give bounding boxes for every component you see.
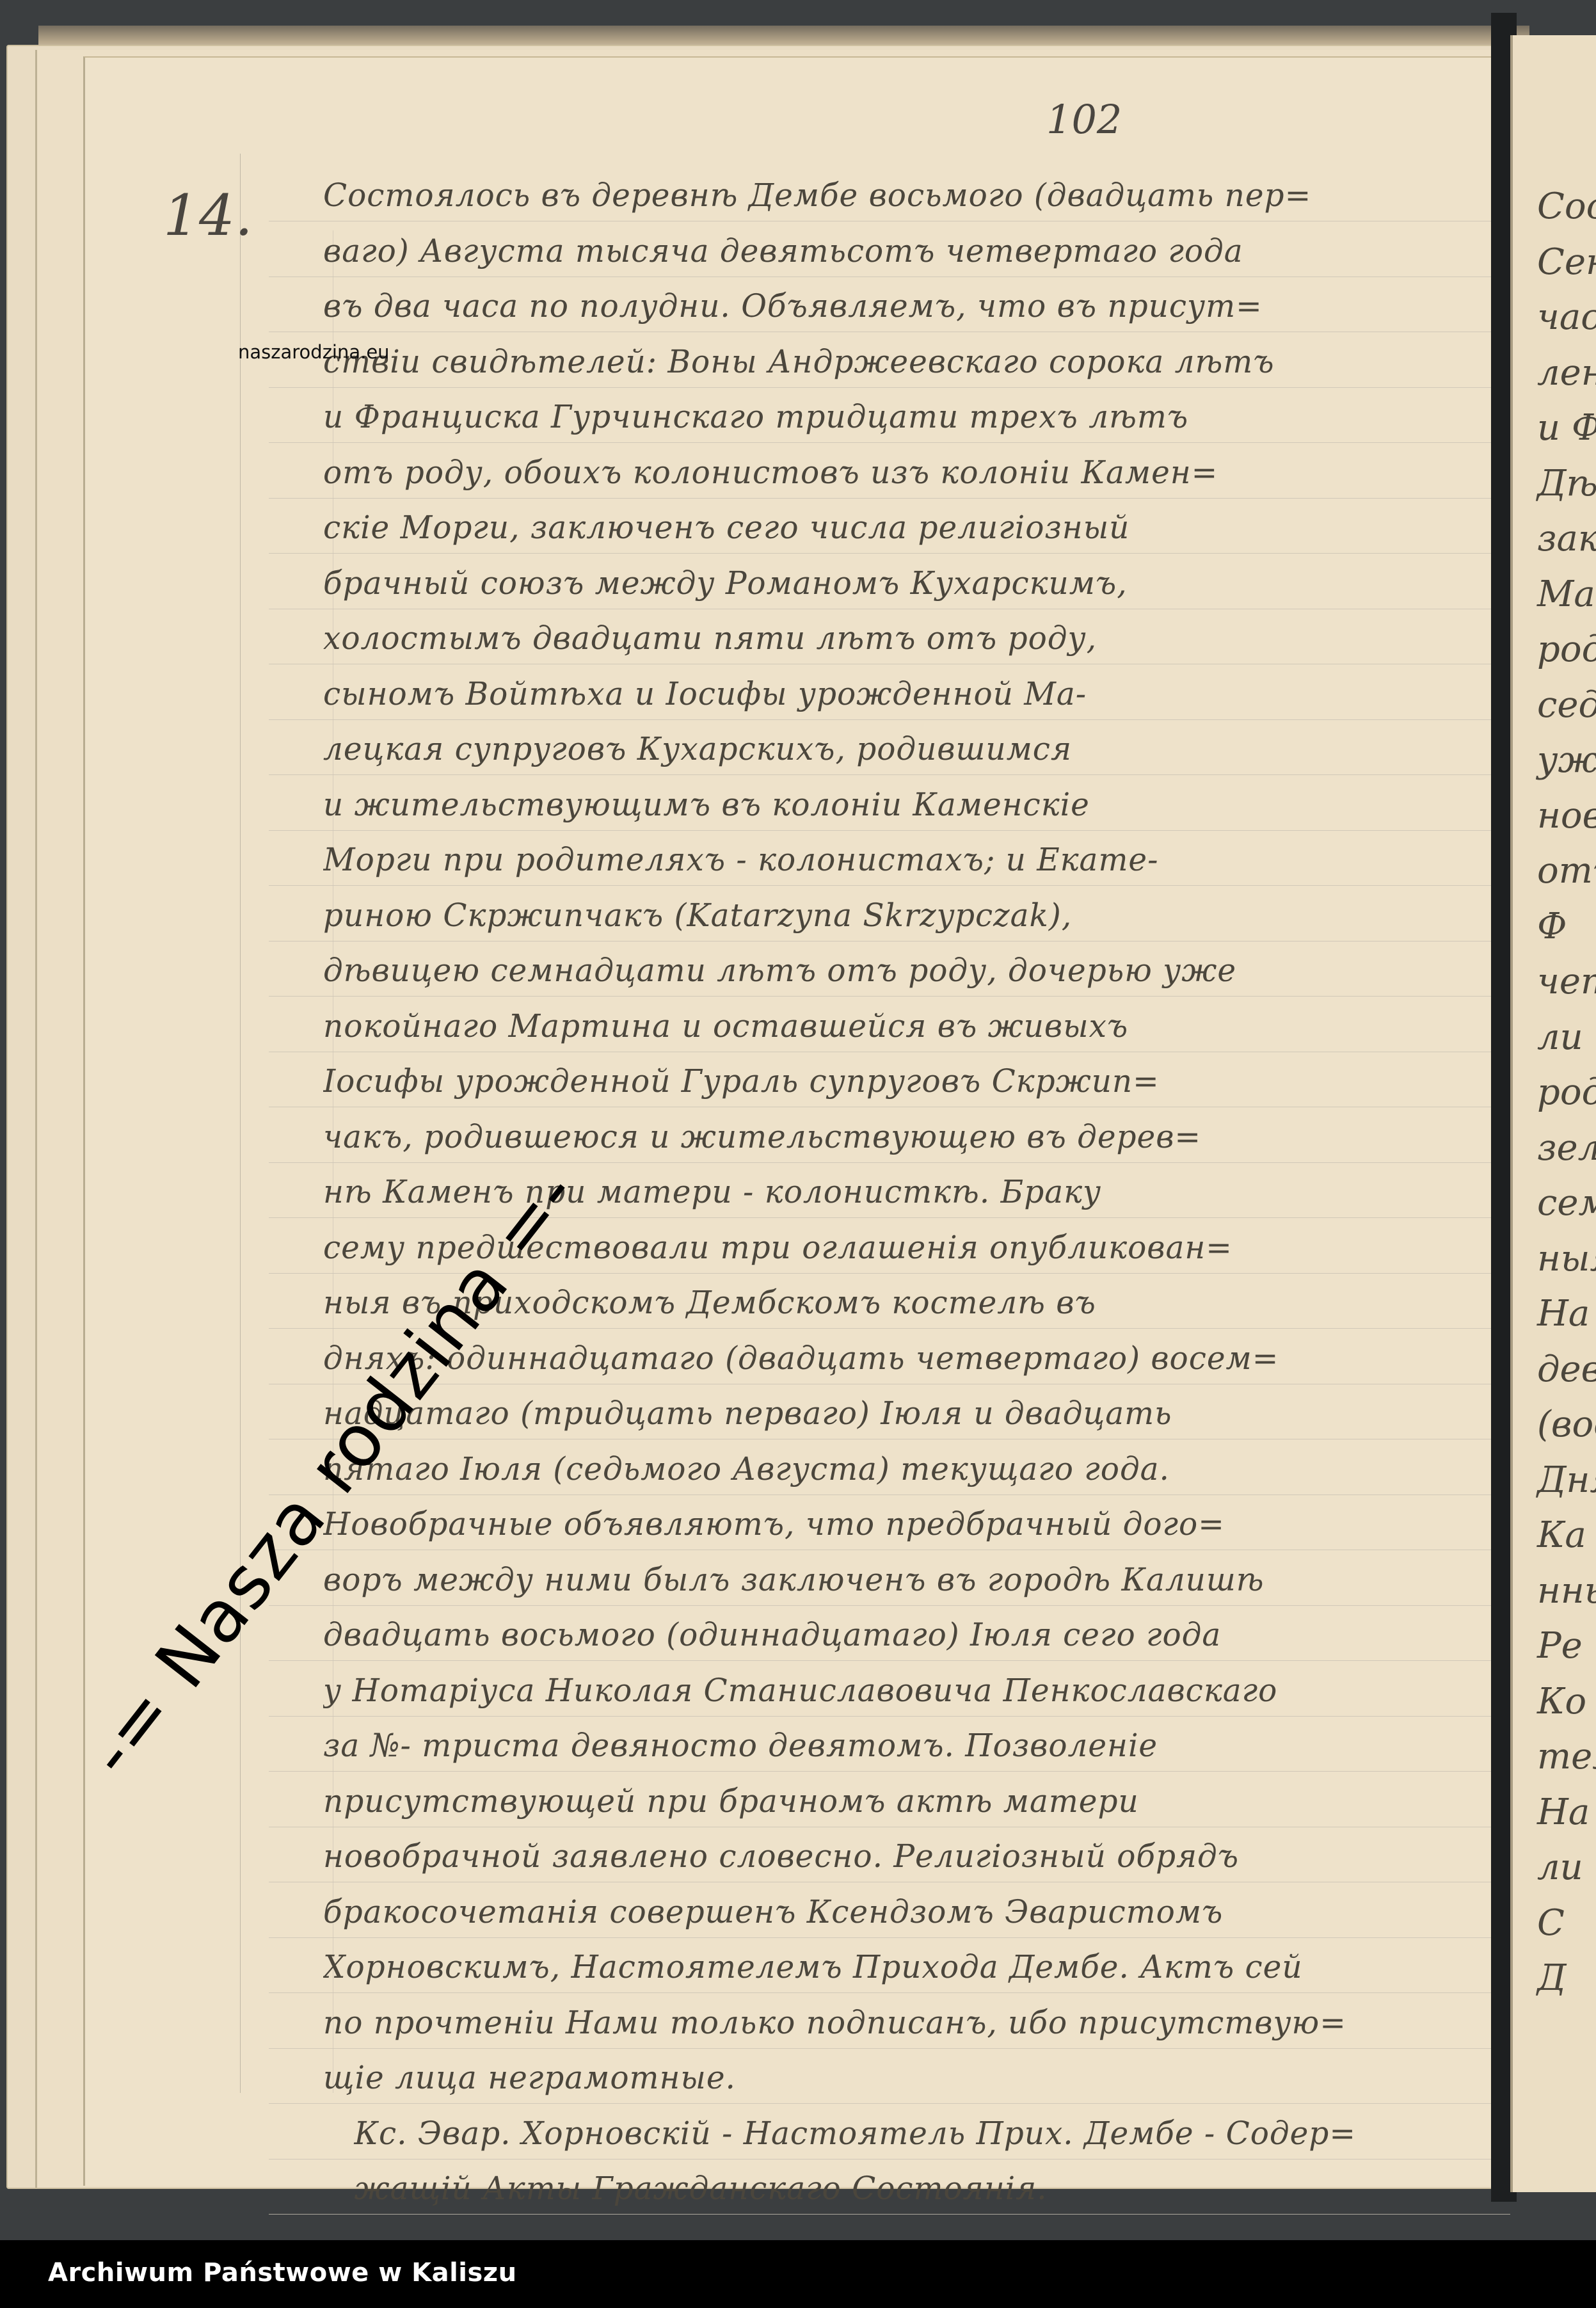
- handwritten-line: Морги при родителяхъ - колонистахъ; и Ек…: [323, 832, 1478, 888]
- next-page-line: и Ф: [1513, 401, 1596, 456]
- handwritten-line: риною Скржипчакъ (Katarzyna Skrzypczak),: [323, 888, 1478, 943]
- next-page-line: Ко: [1513, 1674, 1596, 1730]
- archive-footer-bar: Archiwum Państwowe w Kaliszu: [0, 2240, 1596, 2308]
- handwritten-line: жащій Акты Гражданскаго Состоянія.: [323, 2161, 1478, 2216]
- handwritten-line: скіе Морги, заключенъ сего числа религіо…: [323, 500, 1478, 556]
- next-page-line: ныя: [1513, 1231, 1596, 1287]
- page-number: 102: [1046, 96, 1122, 143]
- entry-number: 14.: [163, 182, 253, 248]
- next-page-fragment: СосСенчаслени ФДѣлзакМародседуженовотъФч…: [1510, 35, 1596, 2192]
- next-page-line: Сос: [1513, 179, 1596, 235]
- handwritten-line: Новобрачные объявляютъ, что предбрачный …: [323, 1496, 1478, 1552]
- next-page-line: чет: [1513, 954, 1596, 1010]
- next-page-line: лен: [1513, 346, 1596, 401]
- next-page-line: На: [1513, 1785, 1596, 1841]
- handwritten-line: надцатаго (тридцать перваго) Іюля и двад…: [323, 1386, 1478, 1441]
- handwritten-line: Состоялось въ деревнѣ Дембе восьмого (дв…: [323, 168, 1478, 223]
- handwritten-line: лецкая супруговъ Кухарскихъ, родившимся: [323, 721, 1478, 777]
- site-watermark: naszarodzina.eu: [238, 341, 390, 363]
- next-page-line: род: [1513, 1065, 1596, 1121]
- handwritten-line: и Франциска Гурчинскаго тридцати трехъ л…: [323, 389, 1478, 445]
- handwritten-line: щіе лица неграмотные.: [323, 2050, 1478, 2106]
- handwritten-line: и жительствующимъ въ колоніи Каменскіе: [323, 777, 1478, 833]
- archive-name: Archiwum Państwowe w Kaliszu: [48, 2258, 517, 2288]
- next-page-line: Дѣл: [1513, 456, 1596, 512]
- next-page-text: СосСенчаслени ФДѣлзакМародседуженовотъФч…: [1513, 179, 1596, 2007]
- next-page-line: Ф: [1513, 899, 1596, 955]
- next-page-line: зак: [1513, 511, 1596, 567]
- next-page-line: На: [1513, 1286, 1596, 1342]
- next-page-line: Ре: [1513, 1619, 1596, 1674]
- handwritten-line: въ два часа по полудни. Объявляемъ, что …: [323, 278, 1478, 334]
- handwritten-line: Хорновскимъ, Настоятелемъ Прихода Дембе.…: [323, 1939, 1478, 1995]
- handwritten-line: Іосифы урожденной Гураль супруговъ Скржи…: [323, 1054, 1478, 1109]
- next-page-line: Ма: [1513, 567, 1596, 623]
- handwritten-line: присутствующей при брачномъ актѣ матери: [323, 1774, 1478, 1829]
- handwritten-line: покойнаго Мартина и оставшейся въ живыхъ: [323, 998, 1478, 1054]
- handwritten-line: Кс. Эвар. Хорновскій - Настоятель Прих. …: [323, 2106, 1478, 2161]
- next-page-line: ли: [1513, 1010, 1596, 1066]
- next-page-line: (вос: [1513, 1397, 1596, 1453]
- next-page-line: сед: [1513, 678, 1596, 733]
- handwritten-line: у Нотаріуса Николая Станиславовича Пенко…: [323, 1663, 1478, 1719]
- next-page-line: зел: [1513, 1121, 1596, 1176]
- handwritten-line: двадцать восьмого (одиннадцатаго) Іюля с…: [323, 1607, 1478, 1663]
- handwritten-line: бракосочетанія совершенъ Ксендзомъ Эвари…: [323, 1884, 1478, 1940]
- handwritten-line: отъ роду, обоихъ колонистовъ изъ колоніи…: [323, 445, 1478, 501]
- handwritten-line: холостымъ двадцати пяти лѣтъ отъ роду,: [323, 611, 1478, 666]
- handwritten-line: брачный союзъ между Романомъ Кухарскимъ,: [323, 556, 1478, 611]
- next-page-line: дев: [1513, 1342, 1596, 1398]
- handwritten-line: дняхъ: одиннадцатаго (двадцать четвертаг…: [323, 1331, 1478, 1386]
- handwritten-line: пятаго Іюля (седьмого Августа) текущаго …: [323, 1441, 1478, 1497]
- next-page-line: Сен: [1513, 235, 1596, 291]
- next-page-line: Дня: [1513, 1453, 1596, 1509]
- next-page-line: отъ: [1513, 844, 1596, 899]
- next-page-line: С: [1513, 1896, 1596, 1951]
- next-page-line: род: [1513, 622, 1596, 678]
- handwritten-line: сыномъ Войтѣха и Іосифы урожденной Ма-: [323, 666, 1478, 722]
- handwritten-line: ствіи свидѣтелей: Вoны Андржеевскаго сор…: [323, 334, 1478, 390]
- handwritten-line: новобрачной заявлено словесно. Религіозн…: [323, 1829, 1478, 1884]
- next-page-line: сем: [1513, 1176, 1596, 1231]
- handwritten-line: по прочтеніи Нами только подписанъ, ибо …: [323, 1995, 1478, 2051]
- next-page-line: нов: [1513, 789, 1596, 844]
- handwritten-line: за №- триста девяносто девятомъ. Позволе…: [323, 1718, 1478, 1774]
- handwritten-line: воръ между ними былъ заключенъ въ городѣ…: [323, 1552, 1478, 1608]
- next-page-line: уже: [1513, 733, 1596, 789]
- next-page-line: ли: [1513, 1840, 1596, 1896]
- margin-rule: [240, 154, 241, 2093]
- next-page-line: Ка: [1513, 1508, 1596, 1564]
- next-page-line: Д: [1513, 1951, 1596, 2007]
- handwritten-line: дѣвицею семнадцати лѣтъ отъ роду, дочерь…: [323, 943, 1478, 998]
- next-page-line: тел: [1513, 1729, 1596, 1785]
- handwritten-line: чакъ, родившеюся и жительствующею въ дер…: [323, 1109, 1478, 1165]
- next-page-line: нны: [1513, 1564, 1596, 1619]
- next-page-line: час: [1513, 290, 1596, 346]
- handwritten-line: ваго) Августа тысяча девятьсотъ четверта…: [323, 223, 1478, 279]
